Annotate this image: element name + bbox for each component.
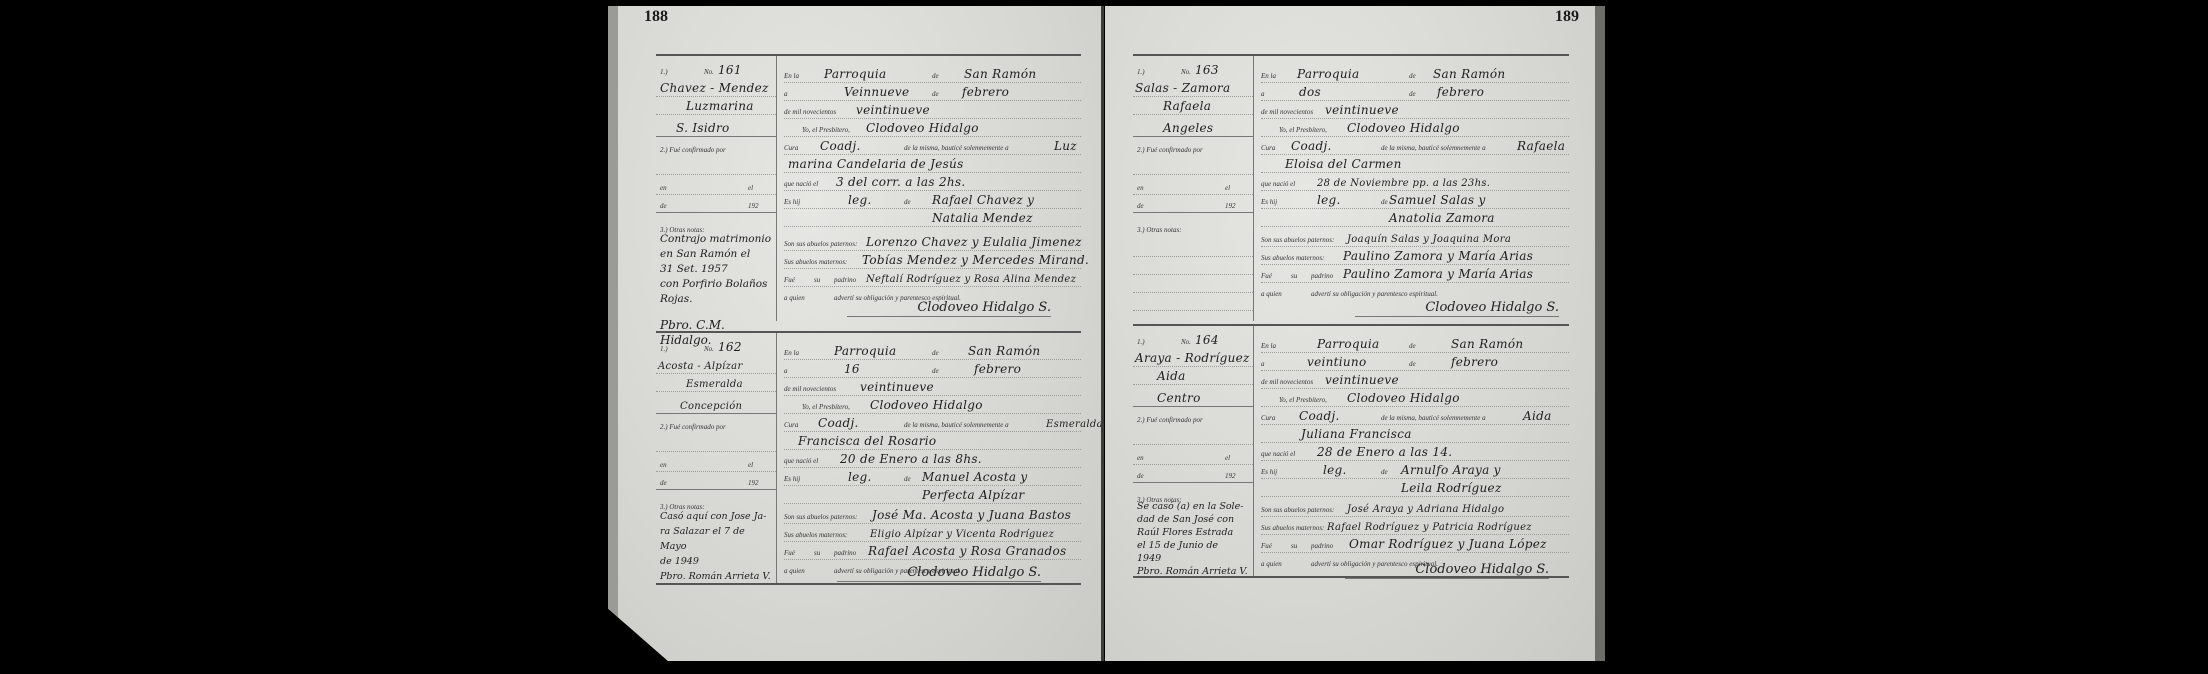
- birth-date: 20 de Enero a las 8hs.: [840, 452, 982, 466]
- right-page: 189 1.) No. 163 Salas - Zamora Rafaela A…: [1105, 6, 1605, 661]
- priest-name: Clodoveo Hidalgo: [866, 121, 979, 135]
- maternal-grandparents: Paulino Zamora y María Arias: [1343, 249, 1533, 263]
- other-notes: Contrajo matrimonio en San Ramón el 31 S…: [660, 232, 774, 307]
- baptized-name-cont: Eloisa del Carmen: [1285, 157, 1402, 171]
- surnames: Acosta - Alpízar: [658, 361, 743, 372]
- parish-name: San Ramón: [1433, 67, 1505, 81]
- mother: Perfecta Alpízar: [922, 488, 1024, 502]
- baptism-day: Veinnueve: [844, 85, 909, 99]
- mother: Leila Rodríguez: [1401, 481, 1502, 495]
- baptism-entry: 1.) No. 164 Araya - Rodríguez Aida Centr…: [1133, 324, 1569, 578]
- father: Rafael Chavez y: [932, 193, 1034, 207]
- priest-signature: Clodoveo Hidalgo S.: [1355, 300, 1559, 317]
- baptism-entry: 1.) No. 161 Chavez - Mendez Luzmarina S.…: [656, 54, 1081, 321]
- legitimacy: leg.: [848, 470, 872, 484]
- priest-signature: Clodoveo Hidalgo S.: [1345, 562, 1549, 579]
- baptism-day: veintiuno: [1307, 355, 1367, 369]
- given-name: Aida: [1157, 369, 1186, 383]
- parish-name: San Ramón: [968, 344, 1040, 358]
- parish-type: Parroquia: [834, 344, 897, 358]
- entry-body: En laParroquiadeSan Ramón a16defebrero d…: [784, 333, 1081, 583]
- entry-number: 163: [1195, 63, 1219, 77]
- baptism-year: veintinueve: [1325, 373, 1399, 387]
- father: Arnulfo Araya y: [1401, 463, 1501, 477]
- parish-type: Parroquia: [1317, 337, 1380, 351]
- mother: Anatolia Zamora: [1389, 211, 1495, 225]
- entry-body: En laParroquiadeSan Ramón aVeinnuevedefe…: [784, 56, 1081, 321]
- godparents: Paulino Zamora y María Arias: [1343, 267, 1533, 281]
- parish-name: San Ramón: [964, 67, 1036, 81]
- baptism-year: veintinueve: [1325, 103, 1399, 117]
- priest-signature: Clodoveo Hidalgo S.: [847, 300, 1051, 317]
- book-gutter: [1101, 6, 1104, 661]
- baptism-day: 16: [844, 362, 860, 376]
- entry-margin: 1.) No. 163 Salas - Zamora Rafaela Angel…: [1133, 56, 1254, 321]
- father: Manuel Acosta y: [922, 470, 1028, 484]
- cura-role: Coadj.: [1291, 139, 1332, 153]
- baptism-month: febrero: [1451, 355, 1498, 369]
- baptized-name: Rafaela: [1517, 139, 1565, 153]
- godparents: Omar Rodríguez y Juana López: [1349, 537, 1547, 551]
- given-name: Rafaela: [1163, 99, 1211, 113]
- baptized-name-cont: Francisca del Rosario: [798, 434, 936, 448]
- baptized-name-cont: Juliana Francisca: [1301, 427, 1412, 441]
- entry-number: 164: [1195, 333, 1219, 347]
- godparents: Neftalí Rodríguez y Rosa Alina Mendez: [866, 274, 1076, 285]
- surnames: Araya - Rodríguez: [1135, 351, 1250, 365]
- baptized-name-cont: marina Candelaria de Jesús: [788, 157, 964, 171]
- paternal-grandparents: José Ma. Acosta y Juana Bastos: [872, 508, 1071, 522]
- baptized-name: Aida: [1523, 409, 1552, 423]
- legitimacy: leg.: [848, 193, 872, 207]
- surnames: Salas - Zamora: [1135, 81, 1230, 95]
- paternal-grandparents: Joaquín Salas y Joaquina Mora: [1347, 234, 1511, 245]
- legitimacy: leg.: [1323, 463, 1347, 477]
- birth-date: 3 del corr. a las 2hs.: [836, 175, 965, 189]
- parish-name: San Ramón: [1451, 337, 1523, 351]
- birth-date: 28 de Enero a las 14.: [1317, 445, 1452, 459]
- baptism-entry: 1.) No. 163 Salas - Zamora Rafaela Angel…: [1133, 54, 1569, 321]
- place: S. Isidro: [676, 121, 730, 135]
- father: Samuel Salas y: [1389, 193, 1486, 207]
- other-notes: Se casó (a) en la Sole- dad de San José …: [1137, 500, 1251, 578]
- godparents: Rafael Acosta y Rosa Granados: [868, 544, 1066, 558]
- given-name: Luzmarina: [686, 99, 754, 113]
- baptism-year: veintinueve: [856, 103, 930, 117]
- left-page: 188 1.) No. 161 Chavez - Mendez Luzmarin…: [608, 6, 1103, 661]
- maternal-grandparents: Tobías Mendez y Mercedes Mirand.: [862, 253, 1089, 267]
- baptism-year: veintinueve: [860, 380, 934, 394]
- other-notes: Casó aquí con Jose Ja- ra Salazar el 7 d…: [660, 509, 774, 584]
- entry-margin: 1.) No. 162 Acosta - Alpízar Esmeralda C…: [656, 333, 777, 583]
- baptism-month: febrero: [974, 362, 1021, 376]
- entry-body: En laParroquiadeSan Ramón aveintiunodefe…: [1261, 326, 1569, 576]
- page-number: 188: [644, 8, 668, 26]
- priest-name: Clodoveo Hidalgo: [1347, 121, 1460, 135]
- parish-type: Parroquia: [824, 67, 887, 81]
- cura-role: Coadj.: [1299, 409, 1340, 423]
- baptism-month: febrero: [962, 85, 1009, 99]
- legitimacy: leg.: [1317, 193, 1341, 207]
- entry-number: 162: [718, 340, 742, 354]
- entry-margin: 1.) No. 161 Chavez - Mendez Luzmarina S.…: [656, 56, 777, 321]
- place: Concepción: [680, 401, 742, 412]
- baptism-entry: 1.) No. 162 Acosta - Alpízar Esmeralda C…: [656, 331, 1081, 585]
- paternal-grandparents: José Araya y Adriana Hidalgo: [1347, 504, 1504, 515]
- priest-name: Clodoveo Hidalgo: [870, 398, 983, 412]
- given-name: Esmeralda: [686, 379, 743, 390]
- maternal-grandparents: Eligio Alpízar y Vicenta Rodríguez: [870, 529, 1054, 540]
- baptized-name: Esmeralda: [1046, 419, 1103, 430]
- baptism-day: dos: [1299, 85, 1321, 99]
- entry-body: En laParroquiadeSan Ramón adosdefebrero …: [1261, 56, 1569, 321]
- parish-type: Parroquia: [1297, 67, 1360, 81]
- birth-date: 28 de Noviembre pp. a las 23hs.: [1317, 178, 1490, 189]
- paternal-grandparents: Lorenzo Chavez y Eulalia Jimenez: [866, 235, 1082, 249]
- baptized-name: Luz: [1054, 139, 1077, 153]
- surnames: Chavez - Mendez: [660, 81, 769, 95]
- entry-margin: 1.) No. 164 Araya - Rodríguez Aida Centr…: [1133, 326, 1254, 576]
- register-book: 188 1.) No. 161 Chavez - Mendez Luzmarin…: [608, 6, 1608, 666]
- maternal-grandparents: Rafael Rodríguez y Patricia Rodríguez: [1327, 522, 1532, 533]
- page-number: 189: [1555, 8, 1579, 26]
- place: Centro: [1157, 391, 1201, 405]
- baptism-month: febrero: [1437, 85, 1484, 99]
- entry-number: 161: [718, 63, 742, 77]
- mother: Natalia Mendez: [932, 211, 1033, 225]
- priest-signature: Clodoveo Hidalgo S.: [837, 565, 1041, 582]
- priest-name: Clodoveo Hidalgo: [1347, 391, 1460, 405]
- cura-role: Coadj.: [820, 139, 861, 153]
- cura-role: Coadj.: [818, 416, 859, 430]
- place: Angeles: [1163, 121, 1213, 135]
